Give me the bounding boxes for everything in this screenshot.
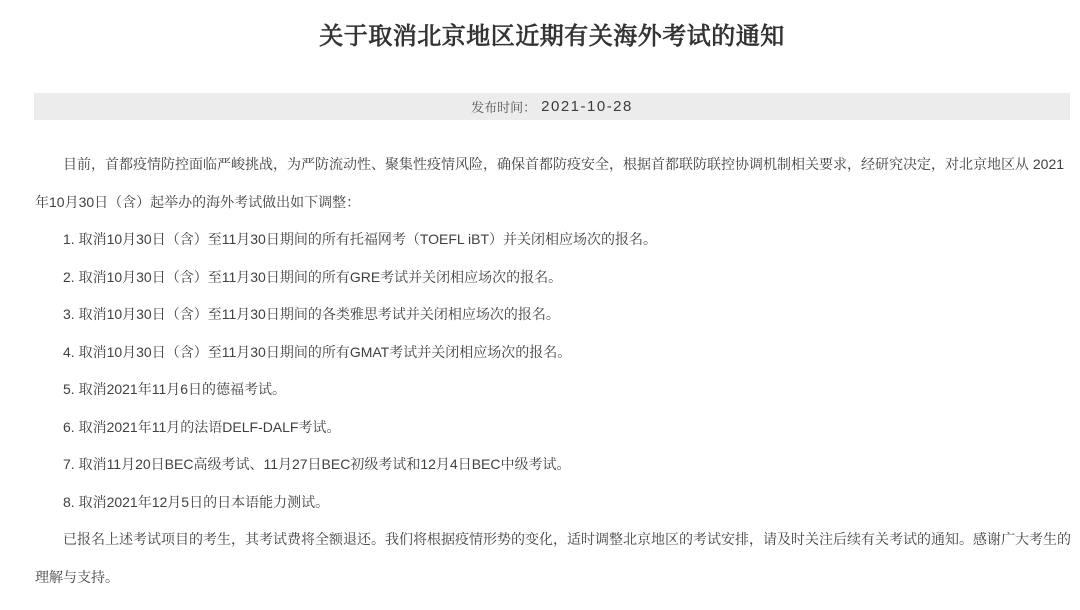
list-item-2: 2. 取消10月30日（含）至11月30日期间的所有GRE考试并关闭相应场次的报… (35, 259, 1078, 297)
list-item-4: 4. 取消10月30日（含）至11月30日期间的所有GMAT考试并关闭相应场次的… (35, 334, 1078, 372)
list-item-1: 1. 取消10月30日（含）至11月30日期间的所有托福网考（TOEFL iBT… (35, 221, 1078, 259)
publish-time-bar: 发布时间： 2021-10-28 (34, 93, 1070, 120)
intro-paragraph: 目前，首都疫情防控面临严峻挑战，为严防流动性、聚集性疫情风险，确保首都防疫安全，… (35, 146, 1078, 221)
notice-body: 目前，首都疫情防控面临严峻挑战，为严防流动性、聚集性疫情风险，确保首都防疫安全，… (35, 146, 1078, 596)
publish-date: 2021-10-28 (541, 98, 633, 115)
list-item-8: 8. 取消2021年12月5日的日本语能力测试。 (35, 484, 1078, 522)
notice-page: 关于取消北京地区近期有关海外考试的通知 发布时间： 2021-10-28 目前，… (0, 0, 1080, 610)
page-title: 关于取消北京地区近期有关海外考试的通知 (34, 23, 1070, 51)
list-item-6: 6. 取消2021年11月的法语DELF-DALF考试。 (35, 409, 1078, 447)
list-item-3: 3. 取消10月30日（含）至11月30日期间的各类雅思考试并关闭相应场次的报名… (35, 296, 1078, 334)
list-item-7: 7. 取消11月20日BEC高级考试、11月27日BEC初级考试和12月4日BE… (35, 446, 1078, 484)
publish-time-label: 发布时间： (471, 97, 536, 116)
closing-paragraph: 已报名上述考试项目的考生，其考试费将全额退还。我们将根据疫情形势的变化，适时调整… (35, 521, 1078, 596)
list-item-5: 5. 取消2021年11月6日的德福考试。 (35, 371, 1078, 409)
